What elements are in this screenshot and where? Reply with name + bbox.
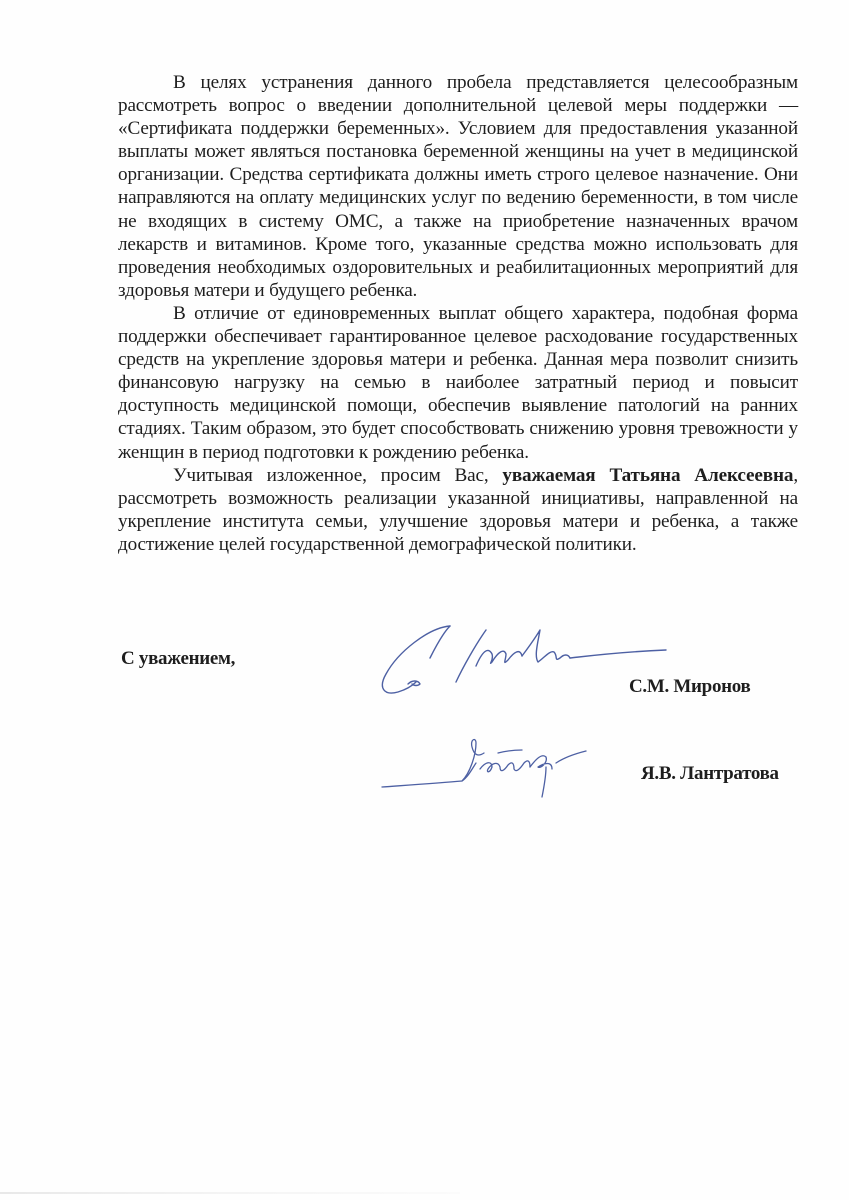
paragraph-request: Учитывая изложенное, просим Вас, уважаем… — [118, 464, 798, 556]
handwritten-signature-icon — [380, 733, 590, 803]
letter-body: В целях устранения данного пробела предс… — [118, 71, 798, 556]
signatory-name-mironov: С.М. Миронов — [629, 676, 751, 698]
signatory-name-lantratova: Я.В. Лантратова — [641, 763, 779, 785]
addressee-name: уважаемая Татьяна Алексеевна — [502, 465, 793, 486]
paragraph-certificate-proposal: В целях устранения данного пробела предс… — [118, 71, 798, 302]
letter-page: В целях устранения данного пробела предс… — [0, 0, 849, 1200]
scan-edge-divider — [0, 1192, 460, 1194]
closing-phrase: С уважением, — [121, 648, 235, 670]
handwritten-signature-icon — [368, 622, 668, 697]
request-text-before: Учитывая изложенное, просим Вас, — [173, 465, 502, 486]
paragraph-benefits: В отличие от единовременных выплат общег… — [118, 302, 798, 464]
